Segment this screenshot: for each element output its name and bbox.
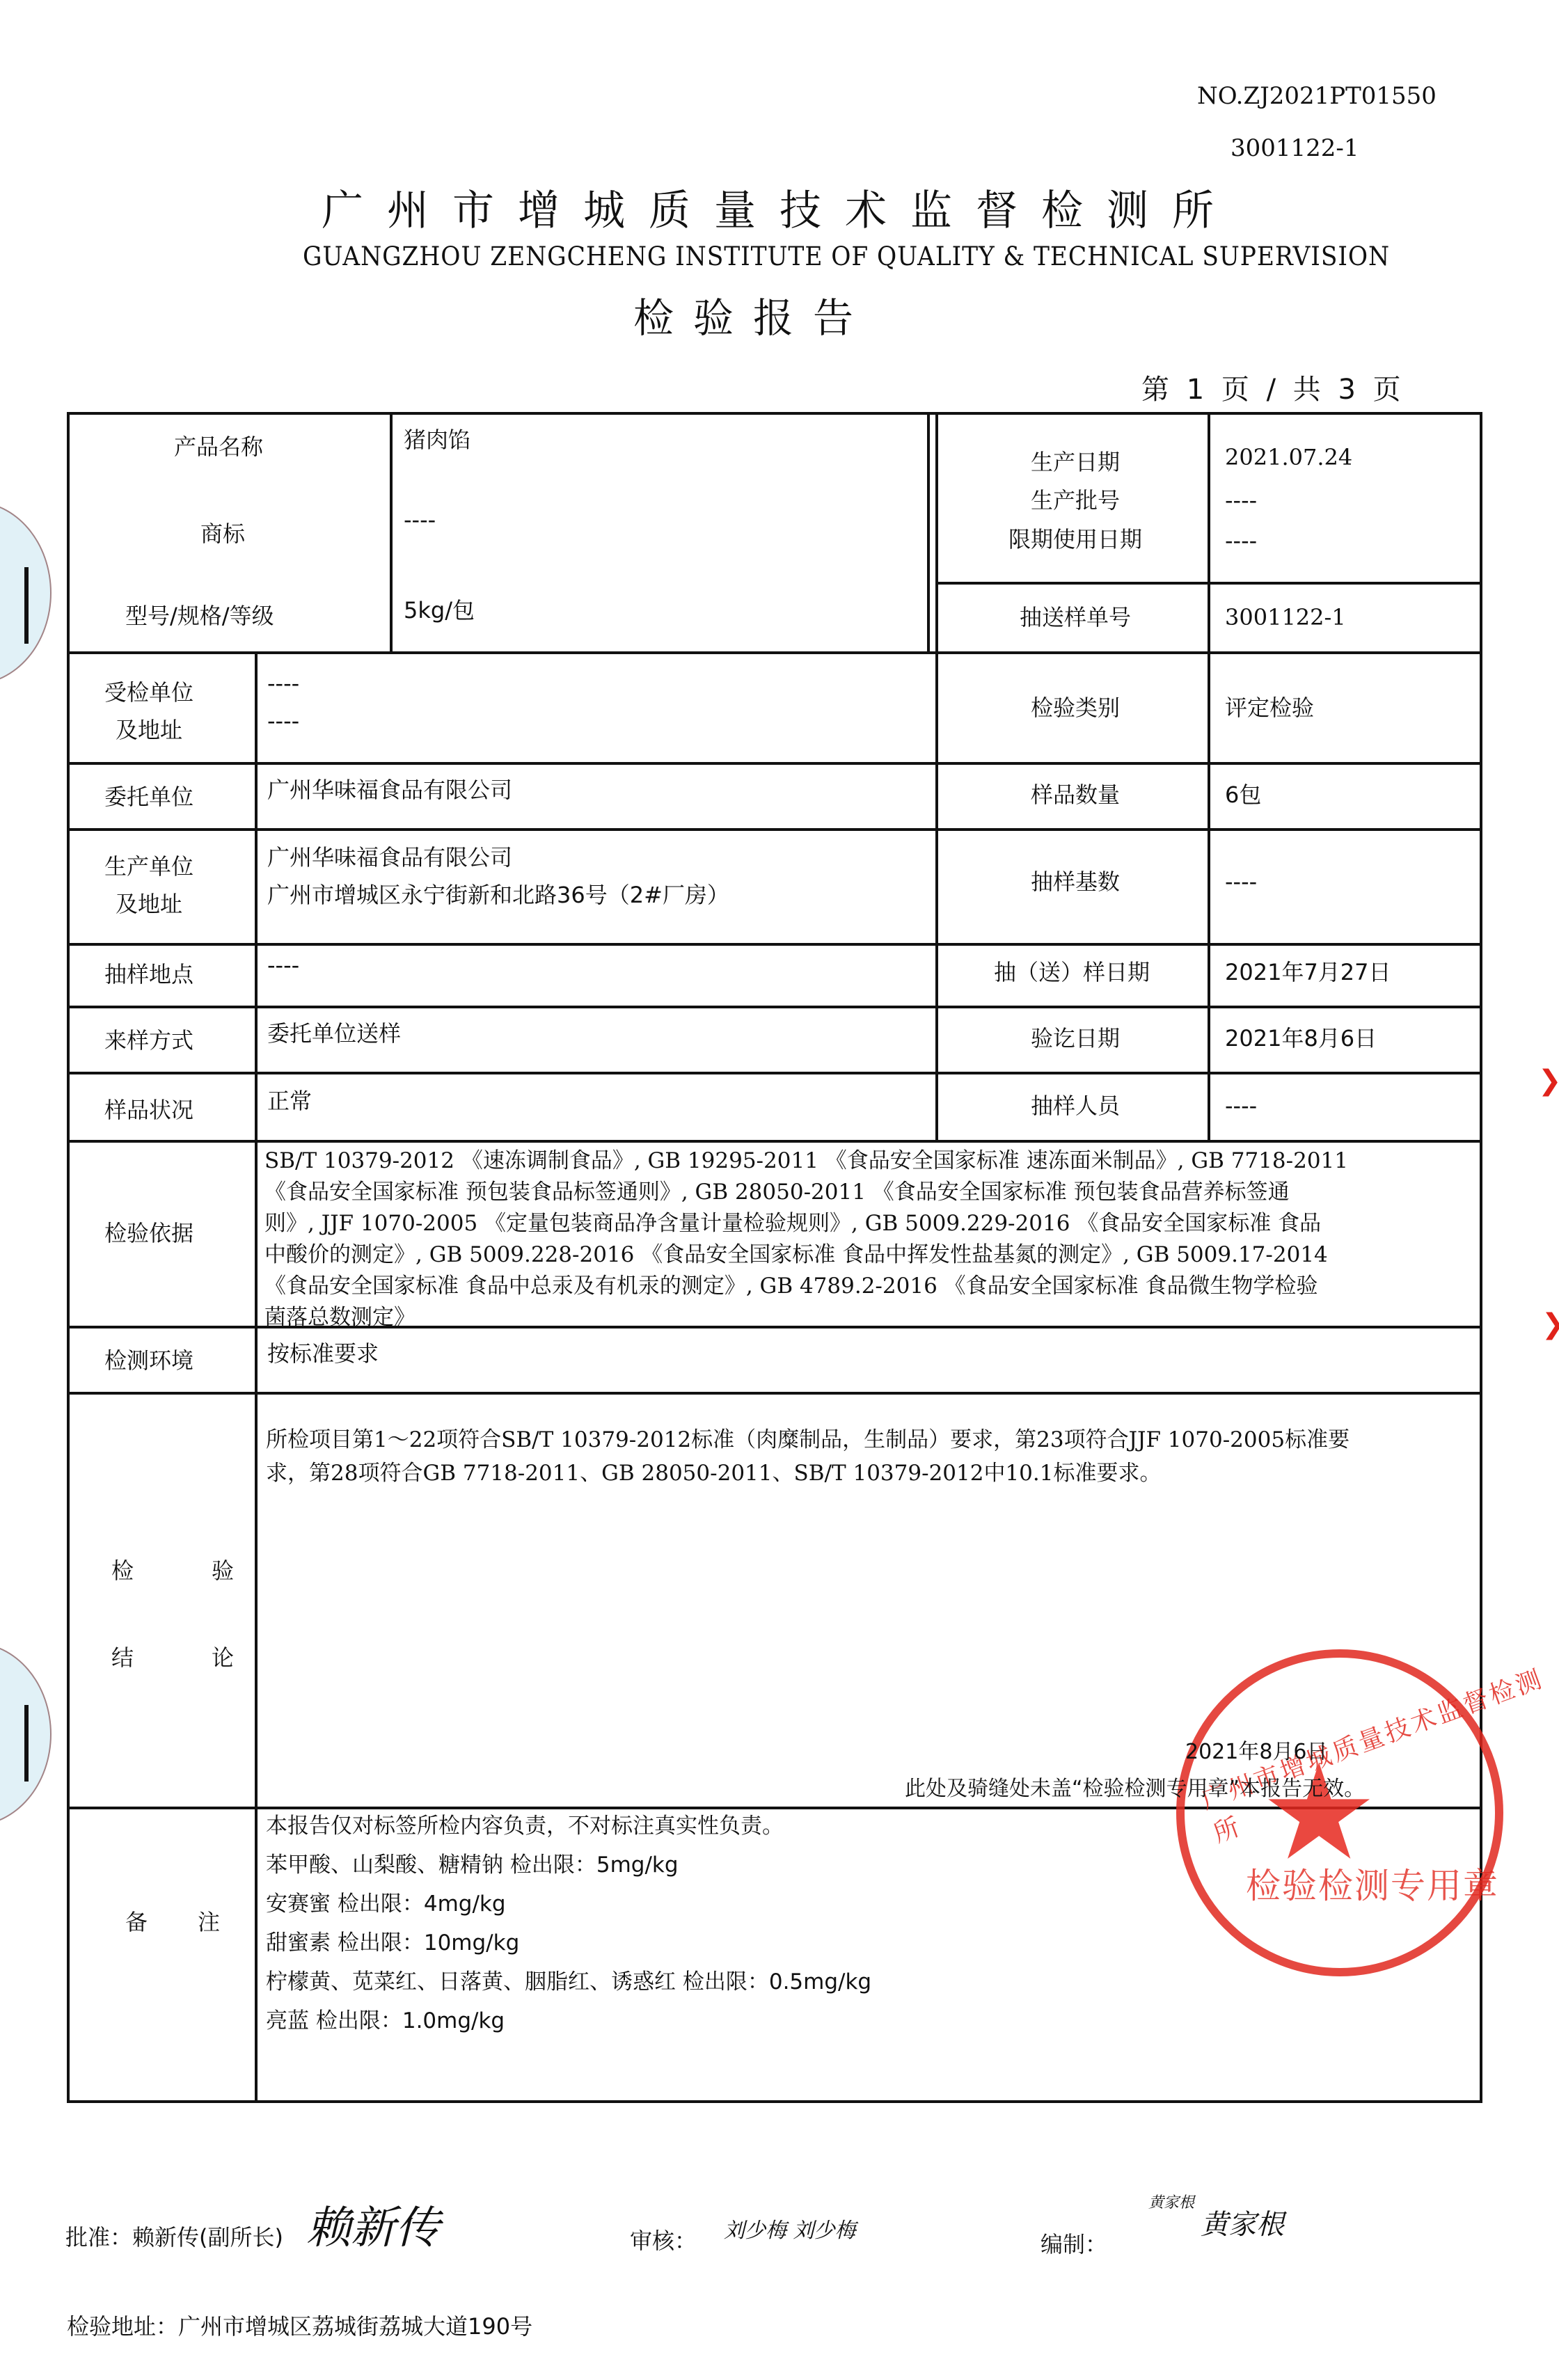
label-completion-date: 验讫日期: [974, 1020, 1176, 1057]
label-sample-method: 来样方式: [104, 1022, 193, 1059]
label-conclusion: 检 验 结 论: [111, 1528, 262, 1701]
label-inspection-type: 检验类别: [974, 689, 1176, 727]
red-seam-mark: ❯: [1538, 1065, 1559, 1097]
divider: [935, 582, 1482, 585]
label-expiry-date: 限期使用日期: [974, 521, 1176, 558]
value-sample-method: 委托单位送样: [267, 1015, 401, 1052]
value-completion-date: 2021年8月6日: [1225, 1020, 1377, 1057]
value-model-spec-grade: 5kg/包: [404, 592, 475, 629]
value-inspection-type: 评定检验: [1225, 689, 1314, 727]
divider: [927, 413, 930, 651]
label-remarks: 备 注: [125, 1903, 234, 1941]
divider: [67, 651, 1482, 654]
report-title: 检验报告: [633, 285, 873, 344]
value-production-date: 2021.07.24: [1225, 438, 1352, 476]
label-test-environment: 检测环境: [104, 1342, 193, 1379]
value-sample-quantity: 6包: [1225, 776, 1261, 814]
value-sampling-date: 2021年7月27日: [1225, 953, 1391, 991]
value-product-name: 猪肉馅: [404, 421, 470, 459]
sample-order-number: 3001122-1: [1230, 134, 1359, 162]
divider: [67, 1140, 1482, 1143]
label-model-spec-grade: 型号/规格/等级: [125, 597, 274, 635]
inspection-address: 检验地址：广州市增城区荔城街荔城大道190号: [67, 2309, 532, 2341]
value-sample-order-no: 3001122-1: [1225, 598, 1346, 636]
value-manufacturer: 广州华味福食品有限公司 广州市增城区永宁街新和北路36号（2#厂房）: [267, 839, 729, 914]
institute-name-cn: 广州市增城质量技术监督检测所: [0, 177, 1253, 237]
divider: [1208, 413, 1210, 1140]
divider: [935, 413, 938, 1140]
label-client: 委托单位: [104, 778, 193, 816]
value-inspected-unit: ---- ----: [267, 665, 299, 740]
divider: [67, 762, 1482, 765]
value-sample-condition: 正常: [267, 1082, 312, 1120]
label-inspection-basis: 检验依据: [104, 1214, 193, 1252]
compiler-signature: 黄家根: [1201, 2203, 1284, 2242]
label-sampling-location: 抽样地点: [104, 955, 193, 993]
value-sampling-location: ----: [267, 946, 299, 984]
red-seam-mark: ❯: [1542, 1308, 1559, 1340]
conclusion-text: 所检项目第1～22项符合SB/T 10379-2012标准（肉糜制品，生制品）要…: [266, 1423, 1473, 1490]
label-production-date: 生产日期: [974, 443, 1176, 481]
value-batch-no: ----: [1225, 482, 1257, 519]
label-sample-order-no: 抽送样单号: [974, 598, 1176, 636]
divider: [390, 413, 393, 651]
label-batch-no: 生产批号: [974, 482, 1176, 519]
value-test-environment: 按标准要求: [267, 1335, 379, 1372]
value-client: 广州华味福食品有限公司: [267, 771, 512, 809]
divider: [255, 651, 258, 2102]
divider: [67, 943, 1482, 946]
institute-name-en: GUANGZHOU ZENGCHENG INSTITUTE OF QUALITY…: [303, 241, 1390, 271]
reviewer-signature: 刘少梅 刘少梅: [724, 2213, 856, 2244]
label-sample-condition: 样品状况: [104, 1091, 193, 1129]
divider: [67, 1072, 1482, 1074]
label-sampling-date: 抽（送）样日期: [953, 953, 1190, 991]
divider: [67, 828, 1482, 831]
inspection-basis-text: SB/T 10379-2012 《速冻调制食品》, GB 19295-2011 …: [264, 1145, 1472, 1333]
page-indicator: 第 1 页 / 共 3 页: [1141, 367, 1405, 407]
compiler-label: 编制：: [1040, 2227, 1107, 2259]
seal-mark: [24, 567, 29, 644]
reviewer-label: 审核：: [630, 2223, 697, 2255]
remarks-text: 本报告仅对标签所检内容负责，不对标注真实性负责。 苯甲酸、山梨酸、糖精钠 检出限…: [266, 1807, 871, 2040]
value-sampling-base: ----: [1225, 863, 1257, 901]
compiler-signature-small: 黄家根: [1148, 2191, 1194, 2212]
conclusion-date: 2021年8月6日: [1185, 1734, 1328, 1770]
label-sampler: 抽样人员: [974, 1087, 1176, 1125]
divider: [67, 1006, 1482, 1008]
label-sample-quantity: 样品数量: [974, 776, 1176, 814]
report-number: NO.ZJ2021PT01550: [1197, 82, 1437, 110]
divider: [67, 1392, 1482, 1395]
seal-mark: [24, 1705, 29, 1782]
value-trademark: ----: [404, 501, 436, 539]
label-sampling-base: 抽样基数: [974, 863, 1176, 901]
value-expiry-date: ----: [1225, 522, 1257, 560]
stamp-notice: 此处及骑缝处未盖“检验检测专用章”本报告无效。: [905, 1771, 1365, 1807]
stamp-bottom-text: 检验检测专用章: [1246, 1858, 1499, 1908]
label-manufacturer: 生产单位 及地址: [104, 848, 193, 923]
label-product-name: 产品名称: [174, 428, 263, 466]
label-inspected-unit: 受检单位 及地址: [104, 674, 193, 749]
approver-label: 批准：赖新传(副所长): [65, 2220, 283, 2252]
label-trademark: 商标: [200, 515, 245, 553]
value-sampler: ----: [1225, 1087, 1257, 1125]
approver-signature: 赖新传: [306, 2192, 440, 2256]
